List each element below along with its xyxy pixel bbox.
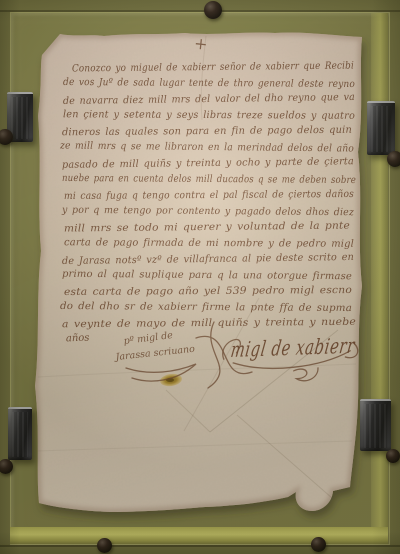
manuscript-line: nuebe para en cuenta delos mill ducados … — [62, 173, 356, 186]
ball-fastener-bottom-left — [97, 538, 112, 553]
manuscript-line: len çient y setenta y seys libras treze … — [63, 109, 355, 122]
manuscript-line: do del dho sr de xabierr firme la pnte f… — [60, 301, 352, 314]
metal-clip-bottom-right — [360, 399, 391, 451]
invocation-cross: + — [193, 34, 208, 54]
display-case: + Conozco yo miguel de xabierr señor de … — [0, 0, 400, 554]
ball-fastener-top — [204, 1, 222, 19]
lord-signature-text: migl de xabierr — [229, 333, 357, 362]
manuscript-line: carta de pago firmada de mi nombre y de … — [64, 237, 354, 250]
manuscript-line: de vos Juº de sada lugar tente de thro g… — [63, 77, 355, 90]
manuscript-closing-word: años — [66, 333, 90, 345]
manuscript-line: mi casa fuga q tengo contra el pal fisca… — [64, 189, 354, 202]
manuscript-line: esta carta de pago año yel 539 pedro mig… — [64, 285, 352, 298]
manuscript-layer: + Conozco yo miguel de xabierr señor de … — [0, 0, 400, 554]
metal-clip-top-right — [367, 101, 395, 155]
ball-fastener-right-lower — [386, 449, 400, 463]
ball-fastener-bottom-right — [311, 537, 326, 552]
metal-clip-bottom-left — [8, 407, 32, 460]
ball-fastener-right-upper — [387, 151, 400, 167]
